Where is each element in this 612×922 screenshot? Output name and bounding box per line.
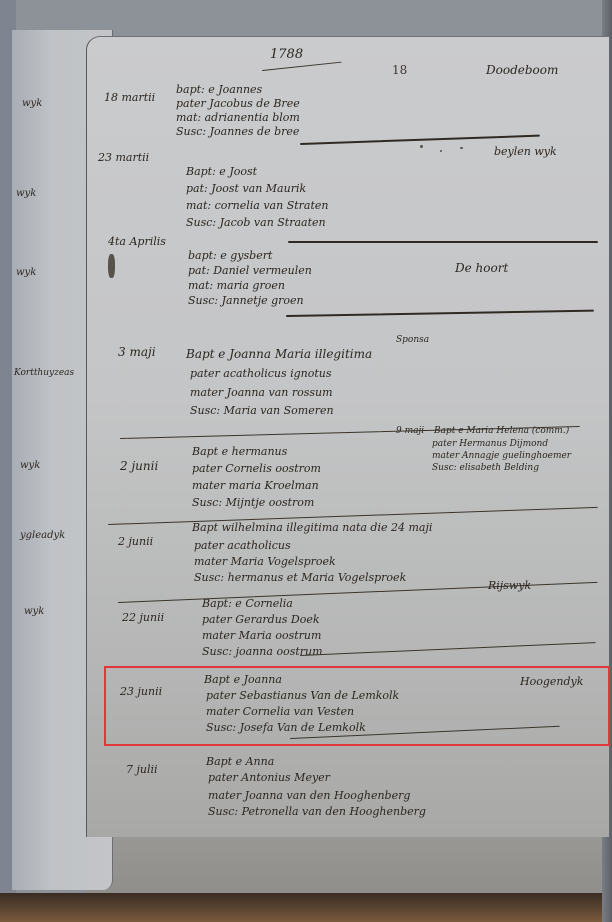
entry-line: mater maria Kroelman xyxy=(192,480,319,491)
entry-line: pater Antonius Meyer xyxy=(208,772,330,783)
entry-line: Bapt e Joanna Maria illegitima xyxy=(186,348,372,360)
entry-date: 4ta Aprilis xyxy=(108,236,166,247)
entry-line: mater Cornelia van Vesten xyxy=(206,706,354,717)
entry-date: 23 martii xyxy=(98,152,149,163)
entry-line: Bapt: e Joost xyxy=(186,166,257,177)
margin-place: Rijswyk xyxy=(488,580,531,591)
entry-line: mater Maria oostrum xyxy=(202,630,321,641)
entry-date: 3 maji xyxy=(118,346,156,358)
margin-place: De hoort xyxy=(455,262,508,274)
superscript-note: Sponsa xyxy=(396,336,429,345)
entry-line: Susc: elisabeth Belding xyxy=(432,464,539,473)
entry-line: pater Sebastianus Van de Lemkolk xyxy=(206,690,399,701)
margin-note: wyk xyxy=(16,267,36,278)
entry-date: 2 junii xyxy=(118,536,153,547)
entry-date: 7 julii xyxy=(126,764,158,775)
entry-line: mat: maria groen xyxy=(188,280,285,291)
entry-line: Bapt e Maria Helena (comm.) xyxy=(434,427,569,436)
page-number: 18 xyxy=(392,64,407,76)
entry-line: pater acatholicus ignotus xyxy=(190,368,332,379)
entry-date: 2 junii xyxy=(120,460,158,472)
margin-note: ygleadyk xyxy=(20,530,65,541)
year-header: 1788 xyxy=(270,48,303,61)
entry-line: Susc: hermanus et Maria Vogelsproek xyxy=(194,572,406,583)
entry-line: Bapt e hermanus xyxy=(192,446,287,457)
entry-line: pater Gerardus Doek xyxy=(202,614,320,625)
document-photo: wyk wyk wyk Kortthuyzeas wyk ygleadyk wy… xyxy=(0,0,612,922)
entry-line: mater Maria Vogelsproek xyxy=(194,556,336,567)
entry-line: Bapt e Joanna xyxy=(204,674,282,685)
entry-line: bapt: e gysbert xyxy=(188,250,272,261)
entry-line: mat: adrianentia blom xyxy=(176,112,300,123)
entry-line: pat: Daniel vermeulen xyxy=(188,265,312,276)
entry-date: 22 junii xyxy=(122,612,164,623)
margin-note: wyk xyxy=(20,460,40,471)
entry-line: pater Cornelis oostrom xyxy=(192,463,321,474)
table-edge xyxy=(0,893,612,922)
entry-date: 18 martii xyxy=(104,92,155,103)
entry-date: 9 maji xyxy=(396,427,424,436)
entry-line: Susc: Maria van Someren xyxy=(190,405,334,416)
entry-line: bapt: e Joannes xyxy=(176,84,262,95)
margin-place: Hoogendyk xyxy=(520,676,583,687)
entry-line: Susc: Josefa Van de Lemkolk xyxy=(206,722,366,733)
entry-line: Susc: Jannetje groen xyxy=(188,295,304,306)
entry-line: Susc: Jacob van Straaten xyxy=(186,217,326,228)
entry-line: Bapt wilhelmina illegitima nata die 24 m… xyxy=(192,522,432,533)
margin-note: wyk xyxy=(22,98,42,109)
margin-note: wyk xyxy=(24,606,44,617)
margin-note: wyk xyxy=(16,188,36,199)
entry-line: Bapt e Anna xyxy=(206,756,274,767)
parish-note: Doodeboom xyxy=(486,64,558,76)
entry-line: Susc: Joannes de bree xyxy=(176,126,299,137)
entry-line: Bapt: e Cornelia xyxy=(202,598,293,609)
entry-line: Susc: Mijntje oostrom xyxy=(192,497,314,508)
entry-divider xyxy=(288,241,598,243)
entry-date: 23 junii xyxy=(120,686,162,697)
entry-line: pater Jacobus de Bree xyxy=(176,98,300,109)
entry-line: Susc: Petronella van den Hooghenberg xyxy=(208,806,426,817)
margin-note: Kortthuyzeas xyxy=(14,368,74,378)
entry-line: pater acatholicus xyxy=(194,540,291,551)
entry-line: mater Annagje guelinghoemer xyxy=(432,452,571,461)
margin-place: beylen wyk xyxy=(494,146,557,157)
entry-line: mater Joanna van den Hooghenberg xyxy=(208,790,410,801)
entry-line: pat: Joost van Maurik xyxy=(186,183,306,194)
entry-line: mat: cornelia van Straten xyxy=(186,200,328,211)
entry-line: mater Joanna van rossum xyxy=(190,387,333,398)
entry-line: pater Hermanus Dijmond xyxy=(432,440,548,449)
